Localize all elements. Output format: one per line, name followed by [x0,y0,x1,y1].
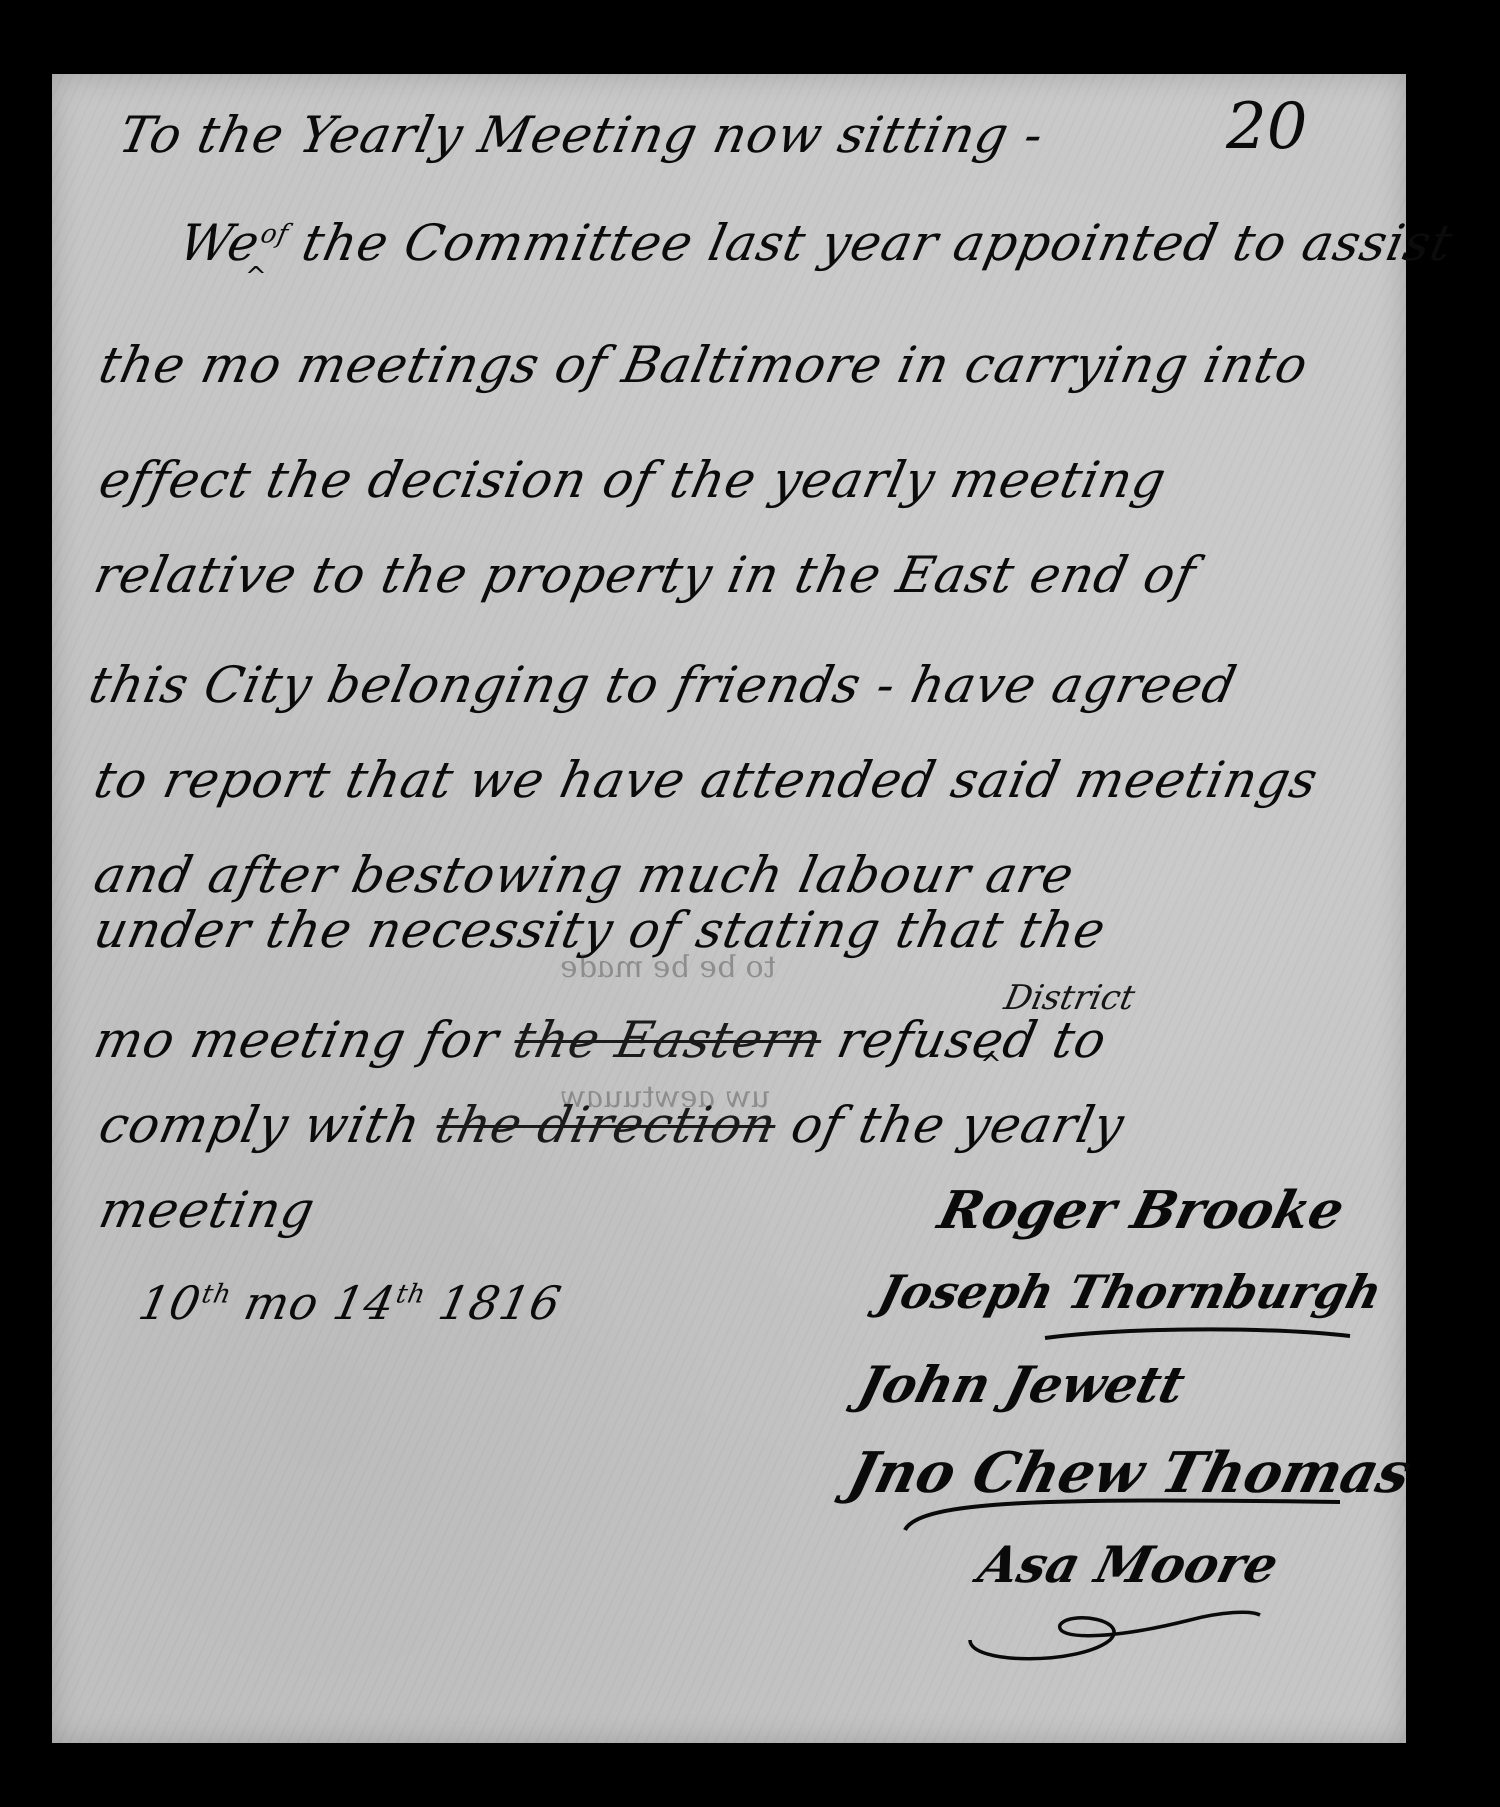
body-line-11: meeting [95,1185,320,1235]
body-line-4: relative to the property in the East end… [90,550,1200,600]
signature-john-jewett: John Jewett [853,1355,1191,1414]
date-day-suffix: th [393,1280,429,1310]
body-line-3: effect the decision of the yearly meetin… [95,455,1171,505]
line1-rest: the Committee last year appointed to ass… [297,214,1458,272]
line1-insertion: of [258,219,292,249]
line9-struck-text: the Eastern [509,1011,828,1069]
letter-date: 10th mo 14th 1816 [135,1280,566,1326]
signature-flourish [960,1580,1280,1670]
body-line-8: under the necessity of stating that the [90,905,1110,955]
date-mo-label: mo [240,1276,325,1330]
line9-start: mo meeting for [89,1011,504,1069]
date-year: 1816 [434,1276,567,1330]
signature-joseph-thornburgh: Joseph Thornburgh [873,1265,1387,1319]
date-month: 10 [134,1276,206,1330]
bleed-through-ink: to be be made [557,950,779,985]
date-month-suffix: th [199,1280,235,1310]
body-line-5: this City belonging to friends - have ag… [85,660,1241,710]
date-day: 14 [328,1276,400,1330]
page-number: 20 [1226,90,1307,164]
line10-struck-text: the direction [431,1096,782,1154]
body-line-9: mo meeting for the Eastern refused to [90,1015,1111,1065]
body-line-10: comply with the direction of the yearly [95,1100,1129,1150]
line9-end: refused to [832,1011,1112,1069]
letter-heading: To the Yearly Meeting now sitting - [115,110,1048,160]
body-line-2: the mo meetings of Baltimore in carrying… [95,340,1313,390]
insertion-caret: ^ [980,1050,1002,1080]
body-line-6: to report that we have attended said mee… [90,755,1323,805]
body-line-7: and after bestowing much labour are [90,850,1079,900]
insertion-caret: ^ [245,262,267,292]
line10-end: of the yearly [786,1096,1129,1154]
line10-start: comply with [94,1096,426,1154]
signature-underline-flourish [1040,1318,1380,1358]
signature-roger-brooke: Roger Brooke [932,1180,1350,1241]
body-line-1: Weof the Committee last year appointed t… [175,218,1457,268]
